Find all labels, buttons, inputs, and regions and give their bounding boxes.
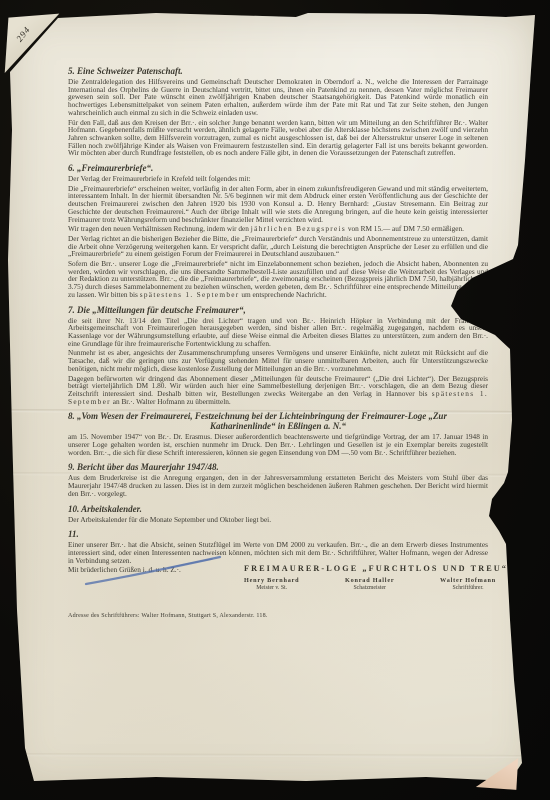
section-6-heading: 6. „Freimaurerbriefe“. [68,163,488,173]
text-run: von RM 15.— auf DM 7.50 ermäßigen. [346,224,464,233]
secretary-address-footer: Adresse des Schriftführers: Walter Hofma… [68,613,488,621]
text-run: an Br.·. Walter Hofmann zu übermitteln. [111,397,231,406]
emphasized-text: spätestens 1. September [140,290,240,299]
signer: Henry Bernhard Meister v. St. [244,577,299,593]
paper-crease [6,753,540,758]
paragraph: die seit ihrer Nr. 13/14 den Titel „Die … [68,317,488,348]
section-7-heading: 7. Die „Mitteilungen für deutsche Freima… [68,305,488,315]
paragraph: Die Zentraldelegation des Hilfsvereins u… [68,78,488,117]
section-number: 7. [68,305,75,315]
signers-row: Henry Bernhard Meister v. St. Konrad Hal… [244,577,496,593]
section-title: Arbeitskalender. [81,504,142,514]
section-number: 11. [68,529,79,539]
handwritten-corner-note: 294 [14,24,32,43]
paragraph: Sofern die Brr.·. unserer Loge die „Frei… [68,260,488,299]
section-title: Bericht über das Maurerjahr 1947/48. [77,462,219,472]
paragraph: Der Verlag richtet an die bisherigen Bez… [68,235,488,258]
section-title: „Vom Wesen der Freimaurerei, Festzeichnu… [77,411,447,421]
paragraph: Aus dem Bruderkreise ist die Anregung er… [68,474,488,497]
signer-name: Henry Bernhard [244,577,299,585]
document-content: 5. Eine Schweizer Patenschaft. Die Zentr… [6,10,540,621]
signer-role: Schatzmeister [345,585,394,593]
paragraph: Einer unserer Brr.·. hat die Absicht, se… [68,541,488,564]
paragraph: Der Verlag der Freimaurerbriefe in Krefe… [68,175,488,183]
paragraph: Der Arbeitskalender für die Monate Septe… [68,516,488,524]
quoted-paragraph: Wir tragen den neuen Verhältnissen Rechn… [68,225,488,233]
section-5-heading: 5. Eine Schweizer Patenschaft. [68,66,488,76]
section-number: 5. [68,66,75,76]
paper-document: 5. Eine Schweizer Patenschaft. Die Zentr… [6,10,540,792]
section-number: 10. [68,504,79,514]
section-number: 8. [68,411,75,421]
scanned-document-page: { "colors":{"paper":"#eae5d7","backgroun… [0,0,550,800]
section-number: 9. [68,462,75,472]
section-10-heading: 10. Arbeitskalender. [68,504,488,514]
section-title: Die „Mitteilungen für deutsche Freimaure… [77,305,246,315]
section-title: „Freimaurerbriefe“. [77,163,153,173]
paragraph: Dagegen befürworten wir dringend das Abo… [68,375,488,406]
quoted-paragraph: Die „Freimaurerbriefe“ erscheinen weiter… [68,185,488,224]
paragraph: Nunmehr ist es aber, angesichts der Zusa… [68,349,488,372]
signer-role: Schriftführer. [440,585,496,593]
section-9-heading: 9. Bericht über das Maurerjahr 1947/48. [68,462,488,472]
section-title-line2: Katharinenlinde“ in Eßlingen a. N.“ [68,421,488,431]
paragraph: am 15. November 1947“ von Br.·. Dr. Eras… [68,433,488,456]
signer: Konrad Haller Schatzmeister [345,577,394,593]
section-number: 6. [68,163,75,173]
emphasized-text: jährlichen Bezugspreis [251,224,346,233]
section-8-heading: 8. „Vom Wesen der Freimaurerei, Festzeic… [68,411,488,431]
signer-name: Konrad Haller [345,577,394,585]
lodge-name: FREIMAURER-LOGE „FURCHTLOS UND TREU“ [244,565,496,573]
text-run: um entsprechende Nachricht. [240,290,327,299]
signer-role: Meister v. St. [244,585,299,593]
section-11-heading: 11. [68,529,488,539]
signer: Walter Hofmann Schriftführer. [440,577,496,593]
text-run: Wir tragen den neuen Verhältnissen Rechn… [68,224,251,233]
section-title: Eine Schweizer Patenschaft. [77,66,183,76]
text-run: Dagegen befürworten wir dringend das Abo… [68,374,488,398]
signer-name: Walter Hofmann [440,577,496,585]
paragraph: Für den Fall, daß aus den Kreisen der Br… [68,119,488,158]
signature-block: FREIMAURER-LOGE „FURCHTLOS UND TREU“ Hen… [244,565,496,593]
